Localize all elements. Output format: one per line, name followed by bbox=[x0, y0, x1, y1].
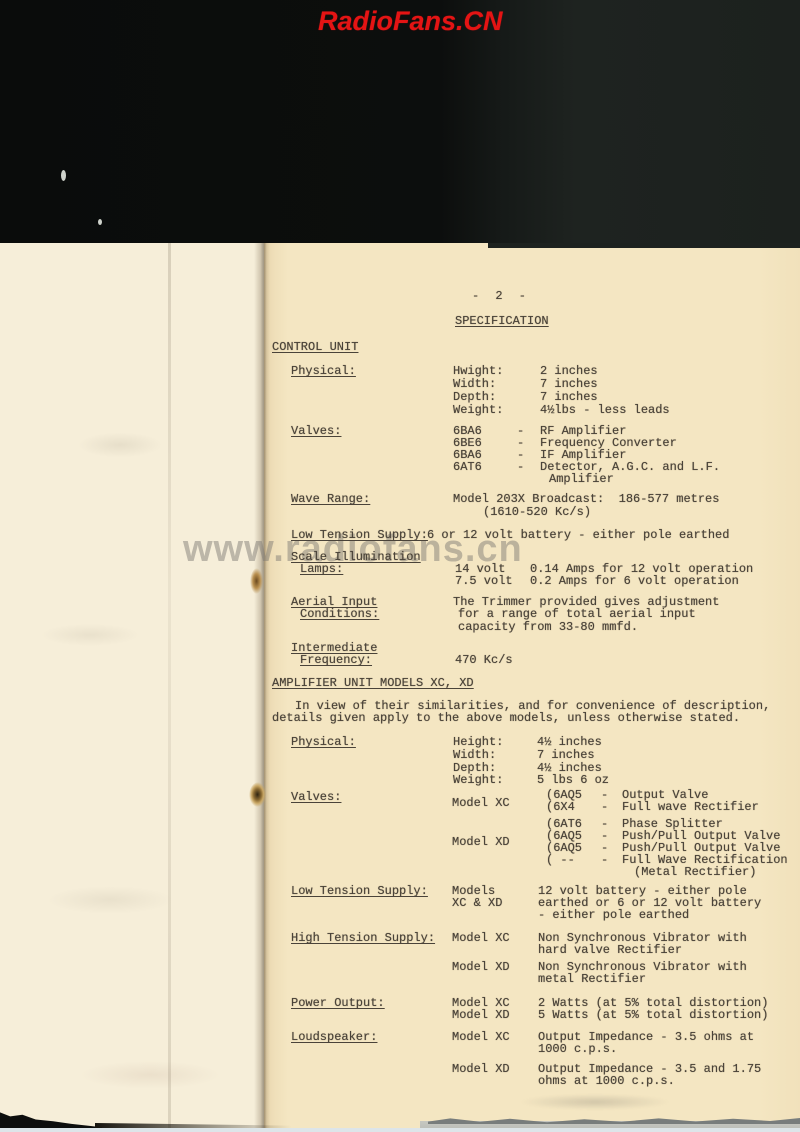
valve-role-continuation: (Metal Rectifier) bbox=[634, 866, 756, 879]
lamp-amps: 0.2 Amps for 6 volt operation bbox=[530, 575, 739, 588]
label-loudspeaker: Loudspeaker: bbox=[291, 1031, 377, 1044]
page-title: SPECIFICATION bbox=[455, 315, 549, 328]
model-xd: Model XD bbox=[452, 1063, 510, 1076]
label-physical-amp: Physical: bbox=[291, 736, 356, 749]
scan-speck bbox=[61, 170, 66, 181]
label-low-tension-supply-amp: Low Tension Supply: bbox=[291, 885, 428, 898]
valve-tube: 6AT6 bbox=[453, 461, 482, 474]
model-xd: Model XD bbox=[452, 961, 510, 974]
power-value: 5 Watts (at 5% total distortion) bbox=[538, 1009, 768, 1022]
valve-role: Full wave Rectifier bbox=[622, 801, 759, 814]
scan-bottom-strip bbox=[0, 1128, 800, 1132]
model-xc: Model XC bbox=[452, 1031, 510, 1044]
intro-paragraph-line: details given apply to the above models,… bbox=[272, 712, 740, 725]
scan-speck bbox=[98, 219, 102, 225]
aerial-text: capacity from 33-80 mmfd. bbox=[458, 621, 638, 634]
paper-crease bbox=[168, 243, 171, 1132]
hts-text: hard valve Rectifier bbox=[538, 944, 682, 957]
speaker-text: ohms at 1000 c.p.s. bbox=[538, 1075, 675, 1088]
speaker-text: 1000 c.p.s. bbox=[538, 1043, 617, 1056]
label-conditions: Conditions: bbox=[300, 608, 379, 621]
valve-tube: (6X4 bbox=[546, 801, 575, 814]
intermediate-frequency-value: 470 Kc/s bbox=[455, 654, 513, 667]
section-heading-control-unit: CONTROL UNIT bbox=[272, 341, 358, 354]
dash: - bbox=[517, 461, 524, 474]
label-valves-amp: Valves: bbox=[291, 791, 341, 804]
wave-range-value-2: (1610-520 Kc/s) bbox=[483, 506, 591, 519]
valve-tube: ( -- bbox=[546, 854, 575, 867]
model-xd: Model XD bbox=[452, 1009, 510, 1022]
dash: - bbox=[601, 854, 608, 867]
radiofans-brand-watermark: RadioFans.CN bbox=[318, 5, 503, 37]
label-power-output: Power Output: bbox=[291, 997, 385, 1010]
label-wave-range: Wave Range: bbox=[291, 493, 370, 506]
model-xc: Model XC bbox=[452, 797, 510, 810]
label-low-tension-supply: Low Tension Supply: bbox=[291, 529, 428, 542]
label-physical: Physical: bbox=[291, 365, 356, 378]
label-frequency: Frequency: bbox=[300, 654, 372, 667]
physical-value: 5 lbs 6 oz bbox=[537, 774, 609, 787]
pencil-smudge bbox=[520, 1094, 670, 1110]
physical-name: Weight: bbox=[453, 774, 503, 787]
book-spine-fold bbox=[254, 240, 270, 1132]
physical-value: 4½lbs - less leads bbox=[540, 404, 670, 417]
scanner-background-edge bbox=[488, 243, 800, 248]
left-blank-page bbox=[0, 240, 264, 1132]
section-heading-amplifier-unit: AMPLIFIER UNIT MODELS XC, XD bbox=[272, 677, 474, 690]
physical-name: Weight: bbox=[453, 404, 503, 417]
label-lamps: Lamps: bbox=[300, 563, 343, 576]
valve-role-continuation: Amplifier bbox=[549, 473, 614, 486]
model-xc: Model XC bbox=[452, 932, 510, 945]
page-number: - 2 - bbox=[472, 290, 526, 303]
lts-text: - either pole earthed bbox=[538, 909, 689, 922]
models-label: XC & XD bbox=[452, 897, 502, 910]
low-tension-supply-value: 6 or 12 volt battery - either pole earth… bbox=[427, 529, 729, 542]
model-xd: Model XD bbox=[452, 836, 510, 849]
lamp-volts: 7.5 volt bbox=[455, 575, 513, 588]
label-high-tension-supply: High Tension Supply: bbox=[291, 932, 435, 945]
label-valves: Valves: bbox=[291, 425, 341, 438]
hts-text: metal Rectifier bbox=[538, 973, 646, 986]
dash: - bbox=[601, 801, 608, 814]
